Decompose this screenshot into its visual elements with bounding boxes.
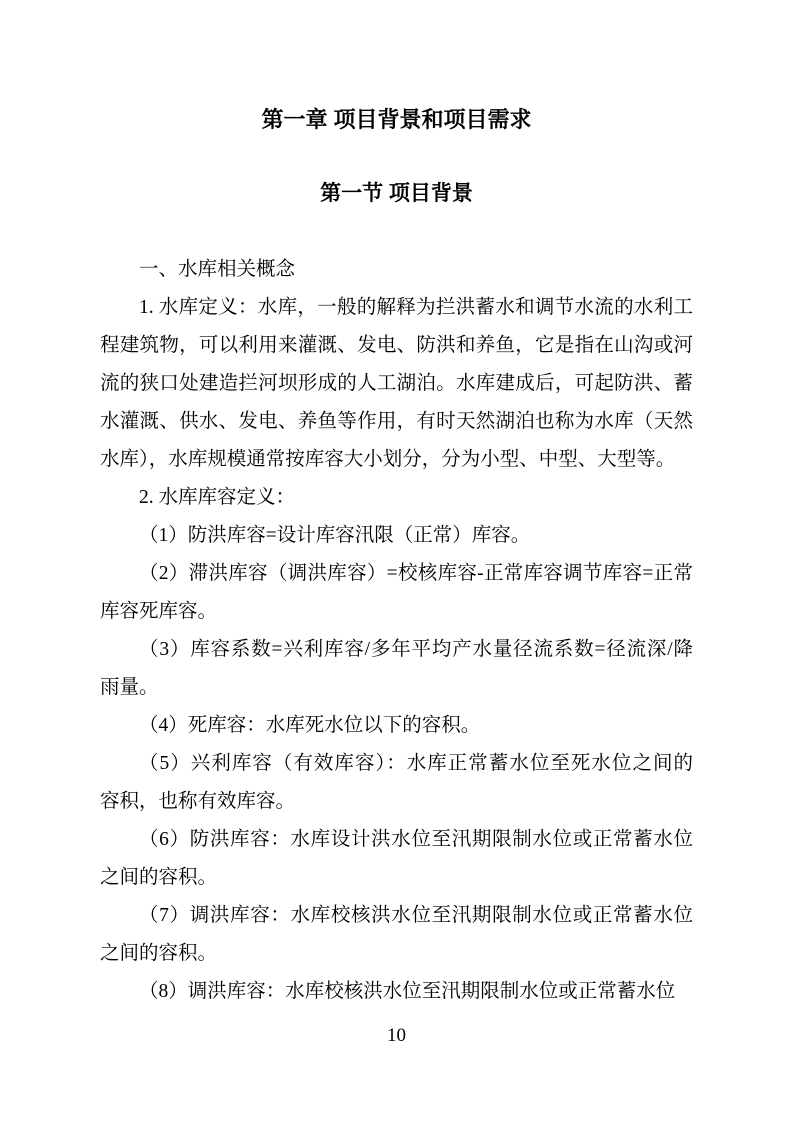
text-line: 水库），水库规模通常按库容大小划分，分为小型、中型、大型等。 (100, 441, 693, 479)
paragraph: 2. 水库库容定义： (100, 479, 693, 517)
text-line: （1）防洪库容=设计库容汛限（正常）库容。 (100, 517, 693, 555)
section-title: 第一节 项目背景 (100, 179, 693, 209)
text-line: 一、水库相关概念 (100, 251, 693, 289)
text-line: 雨量。 (100, 669, 693, 707)
text-line: （6）防洪库容：水库设计洪水位至汛期限制水位或正常蓄水位 (100, 821, 693, 859)
text-line: 程建筑物，可以利用来灌溉、发电、防洪和养鱼，它是指在山沟或河 (100, 327, 693, 365)
text-line: 流的狭口处建造拦河坝形成的人工湖泊。水库建成后，可起防洪、蓄 (100, 365, 693, 403)
text-line: 容积，也称有效库容。 (100, 783, 693, 821)
paragraph: 一、水库相关概念 (100, 251, 693, 289)
document-page: 第一章 项目背景和项目需求 第一节 项目背景 一、水库相关概念1. 水库定义：水… (0, 0, 793, 1122)
text-line: 之间的容积。 (100, 859, 693, 897)
paragraph: （1）防洪库容=设计库容汛限（正常）库容。 (100, 517, 693, 555)
paragraph: （3）库容系数=兴利库容/多年平均产水量径流系数=径流深/降雨量。 (100, 631, 693, 707)
text-line: （7）调洪库容：水库校核洪水位至汛期限制水位或正常蓄水位 (100, 897, 693, 935)
paragraph: （2）滞洪库容（调洪库容）=校核库容-正常库容调节库容=正常库容死库容。 (100, 555, 693, 631)
page-footer: 10 (0, 1022, 793, 1050)
text-line: （2）滞洪库容（调洪库容）=校核库容-正常库容调节库容=正常 (100, 555, 693, 593)
text-line: 2. 水库库容定义： (100, 479, 693, 517)
chapter-title: 第一章 项目背景和项目需求 (100, 105, 693, 135)
text-line: （4）死库容：水库死水位以下的容积。 (100, 707, 693, 745)
paragraph: （7）调洪库容：水库校核洪水位至汛期限制水位或正常蓄水位之间的容积。 (100, 897, 693, 973)
text-line: 水灌溉、供水、发电、养鱼等作用，有时天然湖泊也称为水库（天然 (100, 403, 693, 441)
text-line: 库容死库容。 (100, 593, 693, 631)
text-line: （8）调洪库容：水库校核洪水位至汛期限制水位或正常蓄水位 (100, 973, 693, 1011)
paragraph: 1. 水库定义：水库，一般的解释为拦洪蓄水和调节水流的水利工程建筑物，可以利用来… (100, 289, 693, 479)
paragraph: （8）调洪库容：水库校核洪水位至汛期限制水位或正常蓄水位 (100, 973, 693, 1011)
text-line: （3）库容系数=兴利库容/多年平均产水量径流系数=径流深/降 (100, 631, 693, 669)
paragraph: （6）防洪库容：水库设计洪水位至汛期限制水位或正常蓄水位之间的容积。 (100, 821, 693, 897)
paragraph: （4）死库容：水库死水位以下的容积。 (100, 707, 693, 745)
text-line: 之间的容积。 (100, 935, 693, 973)
text-line: （5）兴利库容（有效库容）：水库正常蓄水位至死水位之间的 (100, 745, 693, 783)
paragraph: （5）兴利库容（有效库容）：水库正常蓄水位至死水位之间的容积，也称有效库容。 (100, 745, 693, 821)
document-body: 一、水库相关概念1. 水库定义：水库，一般的解释为拦洪蓄水和调节水流的水利工程建… (100, 251, 693, 1011)
text-line: 1. 水库定义：水库，一般的解释为拦洪蓄水和调节水流的水利工 (100, 289, 693, 327)
page-number: 10 (387, 1025, 406, 1046)
